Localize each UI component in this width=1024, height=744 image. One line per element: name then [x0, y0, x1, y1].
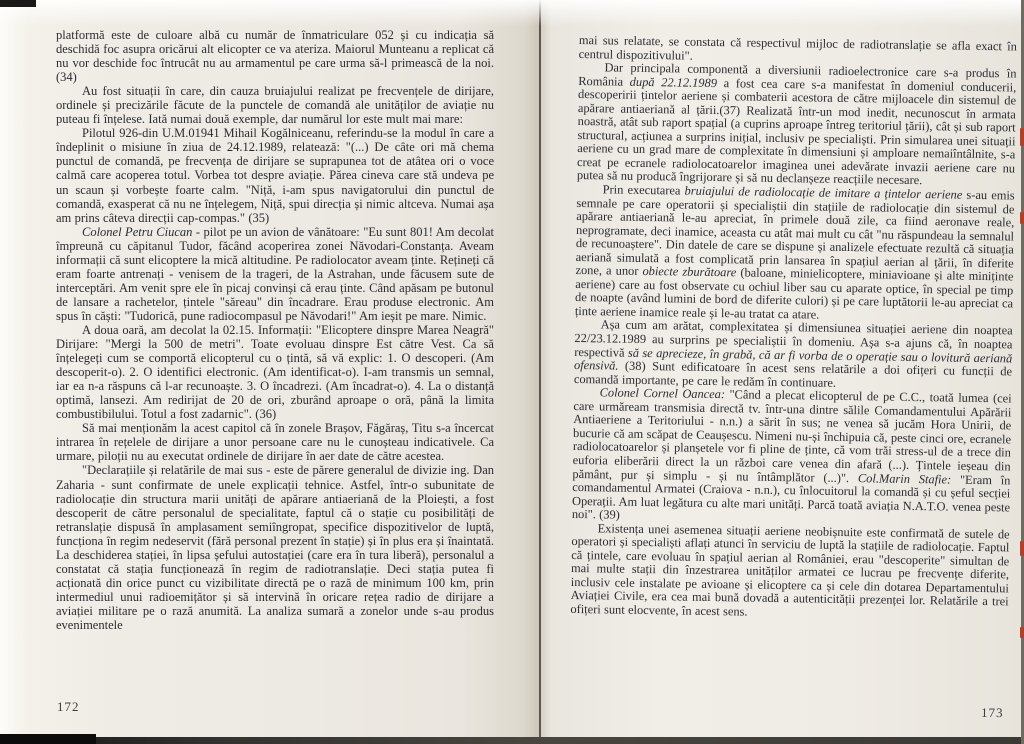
paragraph: Pilotul 926-din U.M.01941 Mihail Kogălni…: [56, 126, 494, 224]
paragraph: Existența unei asemenea situații aeriene…: [570, 522, 1009, 623]
paragraph: "Declarațiile și relatările de mai sus -…: [56, 463, 494, 632]
red-edge-mark: [1020, 128, 1024, 146]
red-edge-mark: [1020, 212, 1024, 224]
paragraph: platformă este de culoare albă cu număr …: [56, 28, 494, 84]
paragraph: Au fost situații în care, din cauza brui…: [56, 84, 494, 126]
paragraph: Să mai menționăm la acest capitol că în …: [56, 421, 494, 463]
page-number-left: 172: [57, 699, 80, 715]
book-gutter-line: [539, 0, 541, 744]
paragraph: Dar principala componentă a diversiunii …: [577, 61, 1017, 189]
paragraph: Așa cum am arătat, complexitatea și dime…: [574, 318, 1013, 392]
paragraph: A doua oară, am decolat la 02.15. Inform…: [56, 323, 494, 421]
paragraph: Prin executarea bruiajului de radiolocaț…: [575, 183, 1015, 325]
paragraph: Colonel Cornel Oancea: "Când a plecat el…: [572, 386, 1012, 528]
scan-corner-artifact: [0, 0, 36, 7]
red-edge-mark: [1020, 541, 1024, 556]
scan-bottom-corner-artifact: [0, 734, 96, 744]
scan-bottom-edge: [0, 737, 1024, 744]
paragraph: Colonel Petru Ciucan - pilot pe un avion…: [56, 225, 494, 323]
left-page-text: platformă este de culoare albă cu număr …: [56, 28, 494, 696]
red-edge-mark: [1020, 627, 1024, 638]
page-number-right: 173: [981, 705, 1004, 721]
book-scan: platformă este de culoare albă cu număr …: [0, 0, 1024, 744]
right-page-text: mai sus relatate, se constata că respect…: [569, 34, 1017, 690]
